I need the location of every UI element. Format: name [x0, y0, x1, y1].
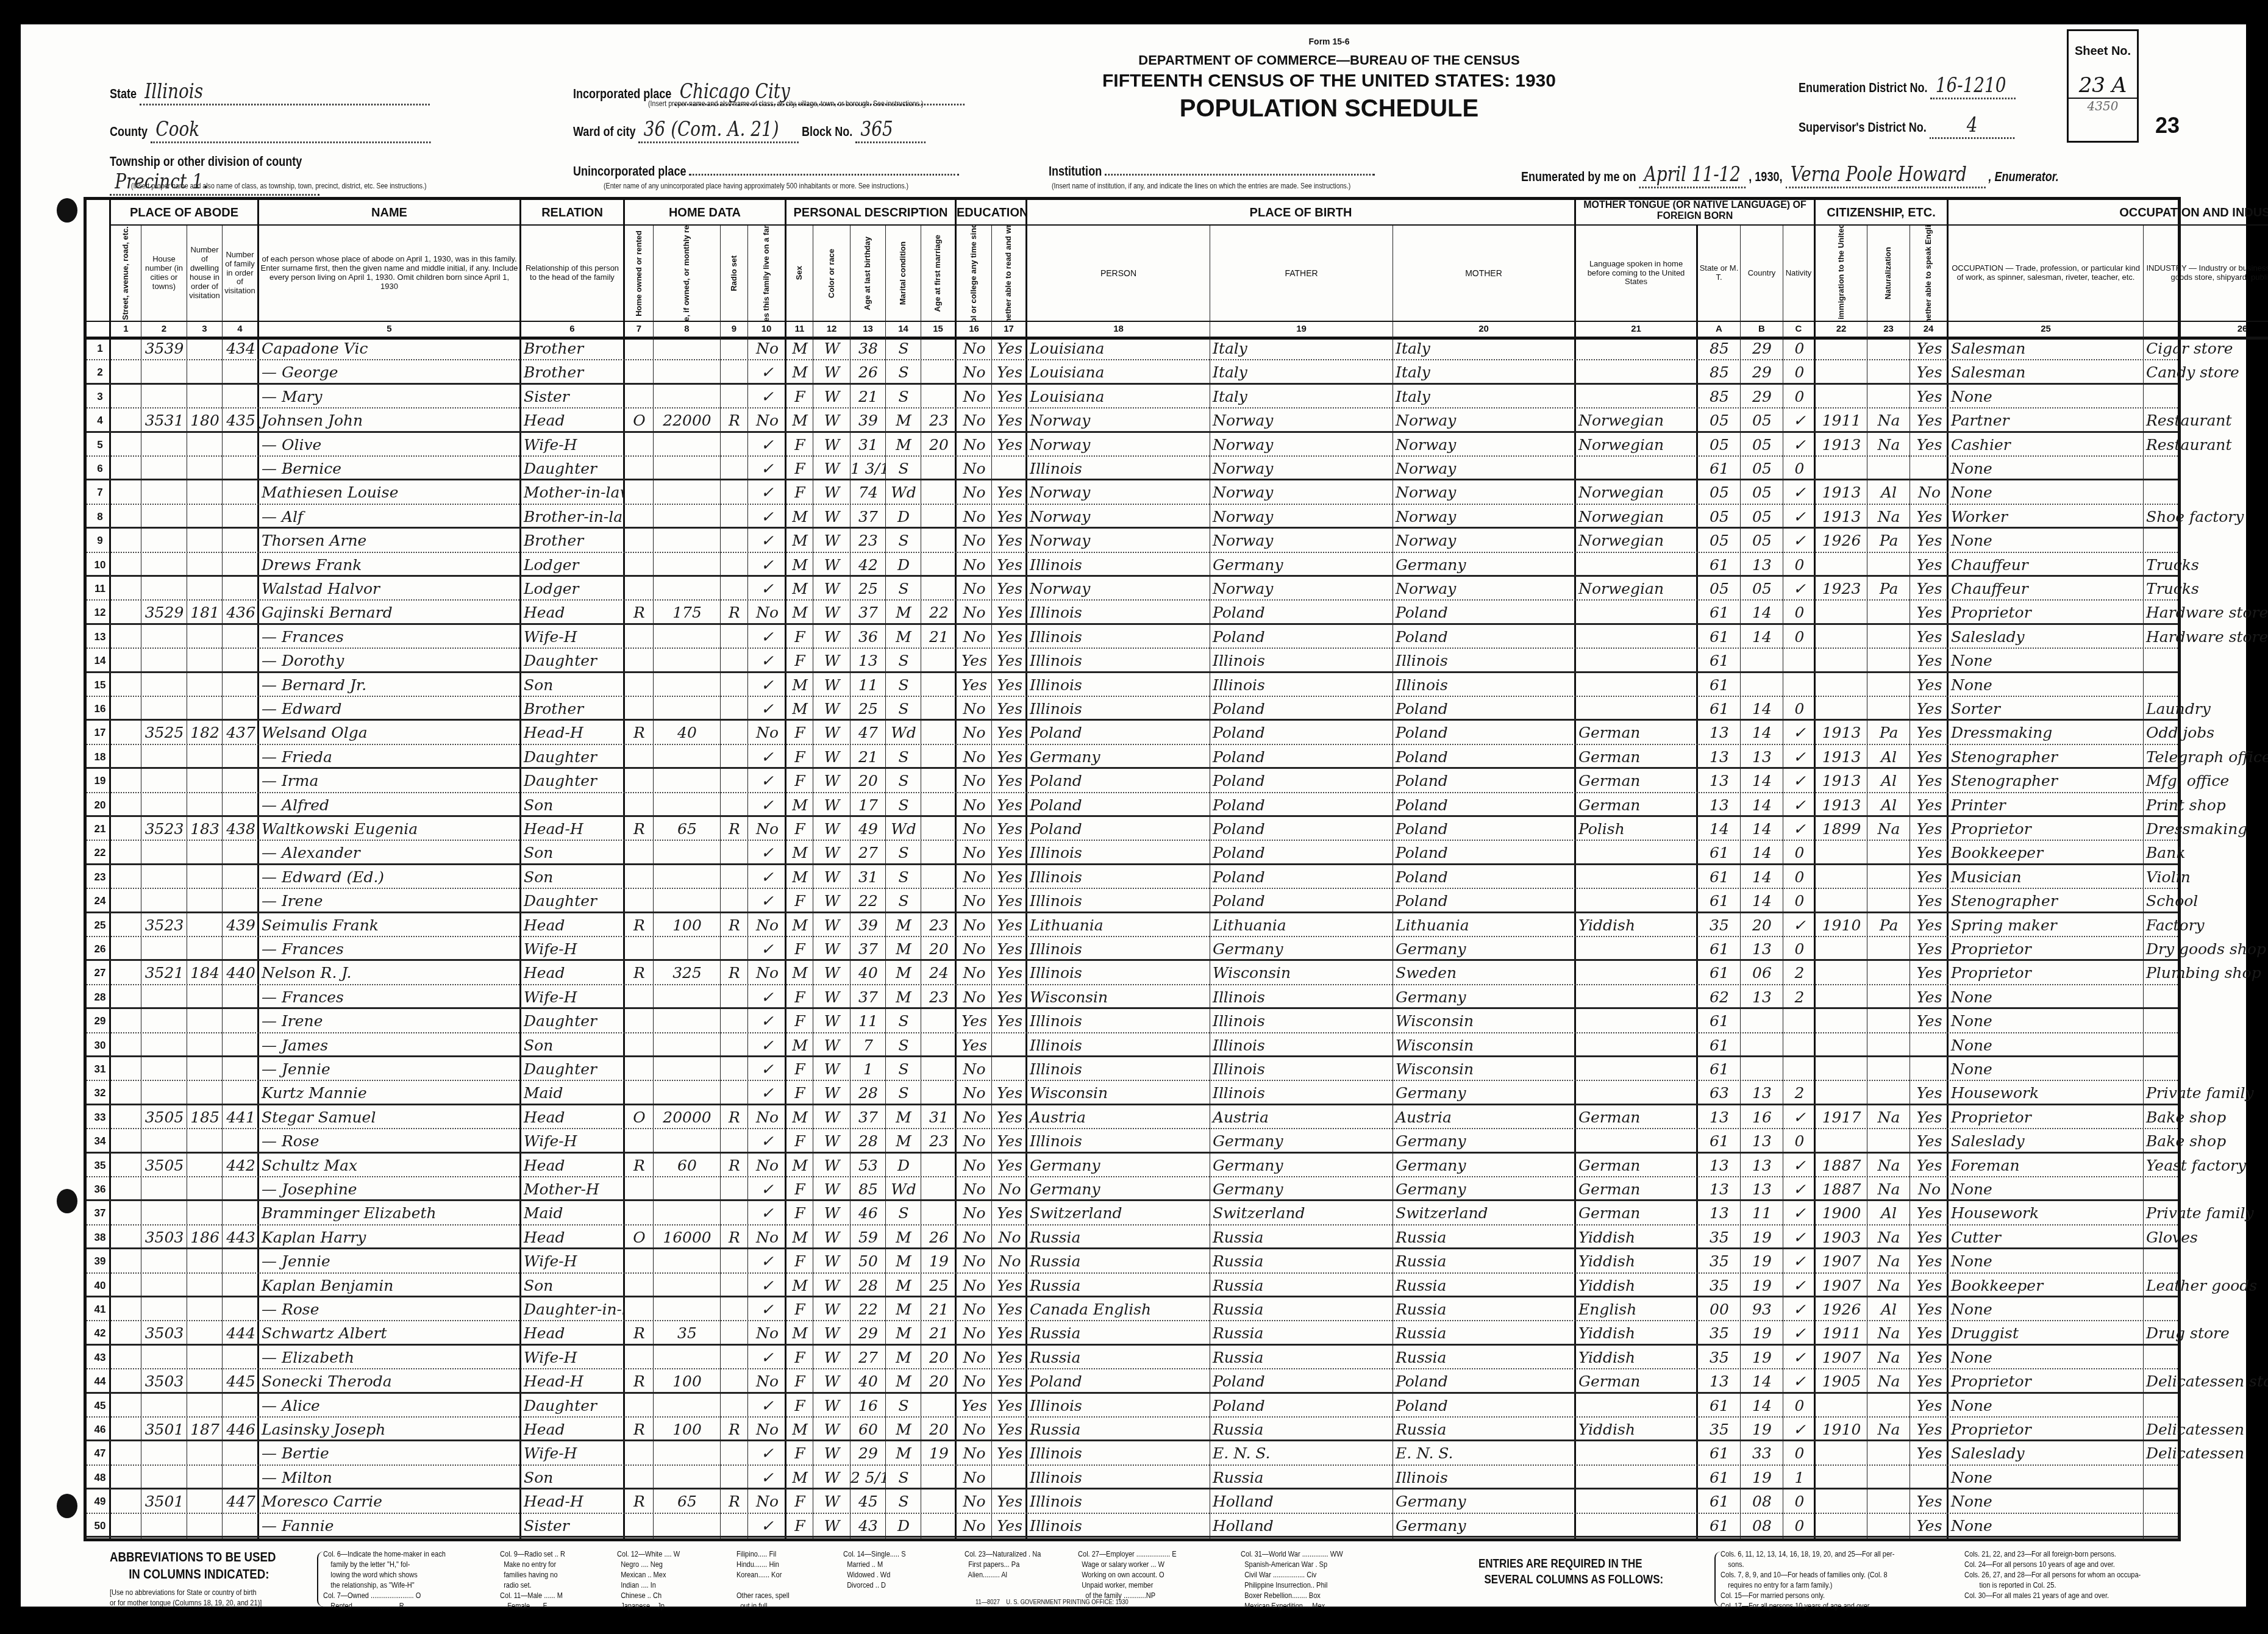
table-cell[interactable]: Head [521, 1105, 625, 1129]
table-cell[interactable] [1816, 1466, 1867, 1490]
table-cell[interactable] [223, 1297, 259, 1321]
table-cell[interactable] [141, 577, 187, 601]
table-cell[interactable] [1576, 673, 1698, 697]
table-cell[interactable]: Yes [1910, 865, 1949, 889]
table-cell[interactable]: 1913 [1816, 433, 1867, 457]
table-cell[interactable] [921, 1057, 957, 1081]
table-cell[interactable]: ✓ [1783, 793, 1816, 817]
table-cell[interactable]: 29 [1741, 360, 1783, 384]
table-cell[interactable] [625, 1081, 654, 1105]
table-cell[interactable] [111, 433, 141, 457]
table-cell[interactable]: German [1576, 1105, 1698, 1129]
table-cell[interactable]: F [786, 1129, 813, 1153]
table-cell[interactable]: ✓ [1783, 480, 1816, 504]
table-cell[interactable] [921, 337, 957, 360]
table-cell[interactable]: 182 [187, 721, 223, 744]
table-cell[interactable]: Russia [1393, 1274, 1576, 1297]
table-cell[interactable]: 13 [1741, 937, 1783, 961]
table-cell[interactable]: No [957, 1249, 992, 1273]
table-cell[interactable]: 19 [1741, 1274, 1783, 1297]
table-cell[interactable]: No [957, 553, 992, 577]
table-cell[interactable]: Germany [1210, 1129, 1393, 1153]
table-cell[interactable] [625, 697, 654, 721]
table-cell[interactable]: 61 [1698, 1514, 1741, 1538]
table-cell[interactable]: 05 [1698, 577, 1741, 601]
table-cell[interactable]: No [957, 1466, 992, 1490]
table-cell[interactable]: Head [521, 408, 625, 432]
table-cell[interactable]: Italy [1393, 360, 1576, 384]
table-cell[interactable]: Yes [957, 1394, 992, 1418]
table-cell[interactable] [1867, 337, 1910, 360]
table-cell[interactable]: S [886, 673, 921, 697]
table-cell[interactable]: M [786, 697, 813, 721]
table-cell[interactable] [187, 673, 223, 697]
table-cell[interactable]: Wife-H [521, 1249, 625, 1273]
table-cell[interactable] [1816, 697, 1867, 721]
table-cell[interactable]: Na [1867, 505, 1910, 529]
table-cell[interactable]: No [957, 1057, 992, 1081]
table-cell[interactable]: 27 [850, 1346, 886, 1369]
table-cell[interactable]: D [886, 1154, 921, 1177]
table-cell[interactable]: Salesman [1949, 360, 2144, 384]
table-cell[interactable]: — Rose [259, 1297, 521, 1321]
table-cell[interactable] [187, 889, 223, 913]
table-cell[interactable]: Yes [992, 745, 1027, 769]
table-cell[interactable]: 19 [1741, 1249, 1783, 1273]
table-cell[interactable]: W [813, 793, 850, 817]
table-cell[interactable]: Housework [1949, 1201, 2144, 1225]
table-cell[interactable]: No [957, 1201, 992, 1225]
table-cell[interactable] [141, 1274, 187, 1297]
table-cell[interactable]: Yes [1910, 1441, 1949, 1465]
table-cell[interactable]: E. N. S. [1210, 1441, 1393, 1465]
table-cell[interactable]: F [786, 985, 813, 1009]
table-cell[interactable] [141, 553, 187, 577]
table-cell[interactable]: M [886, 913, 921, 937]
table-cell[interactable] [921, 697, 957, 721]
table-cell[interactable]: 14 [1741, 721, 1783, 744]
table-cell[interactable]: R [721, 601, 748, 624]
table-cell[interactable]: Norwegian [1576, 505, 1698, 529]
table-cell[interactable]: Wife-H [521, 1346, 625, 1369]
table-cell[interactable]: 60 [850, 1418, 886, 1441]
table-cell[interactable]: Na [1867, 1177, 1910, 1201]
table-cell[interactable]: ✓ [748, 433, 786, 457]
table-cell[interactable] [223, 1274, 259, 1297]
table-cell[interactable]: No [748, 1369, 786, 1393]
table-cell[interactable]: 21 [921, 1321, 957, 1345]
table-cell[interactable]: Sister [521, 385, 625, 408]
table-cell[interactable]: Illinois [1210, 1081, 1393, 1105]
table-cell[interactable] [187, 1009, 223, 1033]
table-cell[interactable] [1910, 457, 1949, 480]
table-cell[interactable]: M [786, 337, 813, 360]
table-cell[interactable]: Bookkeeper [1949, 1274, 2144, 1297]
table-cell[interactable]: Poland [1210, 865, 1393, 889]
table-cell[interactable]: Norwegian [1576, 408, 1698, 432]
table-cell[interactable] [721, 1321, 748, 1345]
table-cell[interactable]: German [1576, 1177, 1698, 1201]
table-cell[interactable]: Yes [1910, 1297, 1949, 1321]
table-cell[interactable]: 20 [921, 433, 957, 457]
table-cell[interactable]: 3505 [141, 1105, 187, 1129]
table-cell[interactable]: Moresco Carrie [259, 1490, 521, 1513]
table-cell[interactable]: Germany [1393, 1154, 1576, 1177]
table-cell[interactable]: S [886, 337, 921, 360]
table-cell[interactable]: Yes [992, 1514, 1027, 1538]
table-cell[interactable]: O [625, 1225, 654, 1249]
table-cell[interactable] [921, 1201, 957, 1225]
table-cell[interactable]: — Irene [259, 1009, 521, 1033]
table-cell[interactable] [1816, 1441, 1867, 1465]
table-cell[interactable] [187, 985, 223, 1009]
table-cell[interactable]: 23 [921, 985, 957, 1009]
table-cell[interactable] [223, 1249, 259, 1273]
table-cell[interactable] [721, 1033, 748, 1057]
table-cell[interactable]: No [957, 1177, 992, 1201]
table-cell[interactable]: 40 [654, 721, 721, 744]
table-cell[interactable] [654, 577, 721, 601]
table-cell[interactable] [1867, 1466, 1910, 1490]
table-cell[interactable] [111, 337, 141, 360]
table-cell[interactable] [223, 673, 259, 697]
table-cell[interactable] [625, 745, 654, 769]
table-cell[interactable]: Bank [2144, 841, 2268, 865]
table-cell[interactable]: Yes [957, 673, 992, 697]
table-cell[interactable]: Yes [1910, 1274, 1949, 1297]
table-cell[interactable]: No [957, 408, 992, 432]
table-cell[interactable]: 20 [921, 1418, 957, 1441]
table-cell[interactable]: No [957, 889, 992, 913]
table-cell[interactable] [654, 697, 721, 721]
table-cell[interactable]: ✓ [748, 385, 786, 408]
table-cell[interactable]: Poland [1210, 817, 1393, 841]
table-cell[interactable]: Shoe factory [2144, 505, 2268, 529]
table-cell[interactable]: Norway [1027, 433, 1210, 457]
table-cell[interactable]: W [813, 961, 850, 985]
table-cell[interactable]: Yes [992, 1394, 1027, 1418]
table-cell[interactable]: Chauffeur [1949, 577, 2144, 601]
table-cell[interactable] [654, 480, 721, 504]
table-cell[interactable]: Poland [1027, 817, 1210, 841]
table-cell[interactable] [111, 385, 141, 408]
table-cell[interactable]: 1926 [1816, 1297, 1867, 1321]
table-cell[interactable]: 05 [1698, 408, 1741, 432]
table-cell[interactable]: M [786, 529, 813, 552]
table-cell[interactable] [721, 1249, 748, 1273]
table-cell[interactable] [721, 745, 748, 769]
table-cell[interactable]: Italy [1393, 385, 1576, 408]
table-cell[interactable]: S [886, 697, 921, 721]
table-cell[interactable]: Poland [1210, 841, 1393, 865]
table-cell[interactable]: 447 [223, 1490, 259, 1513]
table-cell[interactable]: Norway [1027, 480, 1210, 504]
table-cell[interactable]: Trucks [2144, 553, 2268, 577]
table-cell[interactable] [1816, 889, 1867, 913]
table-cell[interactable] [187, 385, 223, 408]
table-cell[interactable] [141, 1297, 187, 1321]
table-cell[interactable]: Poland [1027, 721, 1210, 744]
table-cell[interactable]: Son [521, 1033, 625, 1057]
table-cell[interactable]: Pa [1867, 577, 1910, 601]
table-cell[interactable]: Yes [1910, 1129, 1949, 1153]
table-cell[interactable]: Al [1867, 480, 1910, 504]
table-cell[interactable]: 61 [1698, 625, 1741, 649]
table-cell[interactable]: W [813, 1346, 850, 1369]
table-cell[interactable]: W [813, 1009, 850, 1033]
table-cell[interactable]: Russia [1210, 1466, 1393, 1490]
table-cell[interactable]: ✓ [748, 1129, 786, 1153]
table-cell[interactable]: Russia [1393, 1321, 1576, 1345]
table-cell[interactable] [1576, 985, 1698, 1009]
table-cell[interactable]: Sweden [1393, 961, 1576, 985]
table-cell[interactable]: ✓ [748, 625, 786, 649]
table-cell[interactable]: 13 [1741, 1177, 1783, 1201]
table-cell[interactable] [2144, 1057, 2268, 1081]
table-cell[interactable]: Germany [1210, 553, 1393, 577]
table-cell[interactable]: Poland [1393, 625, 1576, 649]
table-cell[interactable]: No [957, 865, 992, 889]
table-cell[interactable]: W [813, 1201, 850, 1225]
table-cell[interactable]: Proprietor [1949, 1369, 2144, 1393]
table-cell[interactable]: F [786, 721, 813, 744]
table-cell[interactable]: Norway [1393, 433, 1576, 457]
table-cell[interactable]: Illinois [1210, 1033, 1393, 1057]
table-cell[interactable] [1867, 360, 1910, 384]
table-cell[interactable]: No [957, 1225, 992, 1249]
table-cell[interactable]: No [957, 1514, 992, 1538]
table-cell[interactable]: Wife-H [521, 937, 625, 961]
table-cell[interactable]: Illinois [1027, 1009, 1210, 1033]
table-cell[interactable] [625, 1274, 654, 1297]
table-cell[interactable]: Yes [1910, 889, 1949, 913]
table-cell[interactable]: 435 [223, 408, 259, 432]
table-cell[interactable]: ✓ [1783, 577, 1816, 601]
table-cell[interactable]: Yes [992, 577, 1027, 601]
table-cell[interactable]: 20 [921, 937, 957, 961]
table-cell[interactable]: Lasinsky Joseph [259, 1418, 521, 1441]
table-cell[interactable] [654, 1057, 721, 1081]
table-cell[interactable] [1867, 1441, 1910, 1465]
table-cell[interactable]: No [957, 1369, 992, 1393]
table-cell[interactable] [223, 1177, 259, 1201]
table-cell[interactable]: M [786, 505, 813, 529]
table-cell[interactable]: S [886, 769, 921, 793]
table-cell[interactable] [721, 1009, 748, 1033]
table-cell[interactable]: Lithuania [1027, 913, 1210, 937]
table-cell[interactable] [1576, 553, 1698, 577]
table-cell[interactable]: 00 [1698, 1297, 1741, 1321]
table-cell[interactable]: 14 [1741, 889, 1783, 913]
table-cell[interactable] [1816, 649, 1867, 673]
table-cell[interactable] [654, 553, 721, 577]
table-cell[interactable]: ✓ [748, 529, 786, 552]
table-cell[interactable]: M [786, 1105, 813, 1129]
table-cell[interactable]: 14 [1741, 1394, 1783, 1418]
table-cell[interactable]: 59 [850, 1225, 886, 1249]
table-cell[interactable]: Norwegian [1576, 529, 1698, 552]
table-cell[interactable]: 33 [1741, 1441, 1783, 1465]
table-cell[interactable]: Norway [1210, 480, 1393, 504]
table-cell[interactable] [921, 817, 957, 841]
table-cell[interactable] [111, 913, 141, 937]
table-cell[interactable]: Yes [992, 337, 1027, 360]
table-cell[interactable]: ✓ [748, 1466, 786, 1490]
table-cell[interactable] [1576, 1514, 1698, 1538]
table-cell[interactable]: Russia [1210, 1274, 1393, 1297]
table-cell[interactable]: Hardware store [2144, 625, 2268, 649]
table-cell[interactable]: M [786, 360, 813, 384]
table-cell[interactable]: Illinois [1027, 625, 1210, 649]
table-cell[interactable] [721, 985, 748, 1009]
table-cell[interactable]: No [957, 841, 992, 865]
table-cell[interactable]: Son [521, 1466, 625, 1490]
table-cell[interactable]: None [1949, 1297, 2144, 1321]
table-cell[interactable] [223, 697, 259, 721]
table-cell[interactable]: F [786, 769, 813, 793]
table-cell[interactable]: ✓ [748, 505, 786, 529]
table-cell[interactable] [625, 529, 654, 552]
table-cell[interactable]: 3503 [141, 1225, 187, 1249]
table-cell[interactable] [111, 1177, 141, 1201]
table-cell[interactable]: Head-H [521, 1490, 625, 1513]
table-cell[interactable]: Poland [1393, 841, 1576, 865]
table-cell[interactable]: F [786, 1057, 813, 1081]
table-cell[interactable]: Yes [992, 360, 1027, 384]
table-cell[interactable]: W [813, 480, 850, 504]
table-cell[interactable]: — Alice [259, 1394, 521, 1418]
table-cell[interactable] [223, 577, 259, 601]
ward-value[interactable]: 36 (Com. A. 21) [639, 117, 799, 143]
table-cell[interactable] [721, 1466, 748, 1490]
table-cell[interactable]: No [957, 601, 992, 624]
table-cell[interactable] [111, 1081, 141, 1105]
table-cell[interactable]: ✓ [748, 1297, 786, 1321]
table-cell[interactable] [721, 1297, 748, 1321]
table-cell[interactable]: W [813, 841, 850, 865]
table-cell[interactable] [1576, 1081, 1698, 1105]
table-cell[interactable]: Illinois [1027, 1514, 1210, 1538]
table-cell[interactable]: Na [1867, 1369, 1910, 1393]
table-cell[interactable]: W [813, 1394, 850, 1418]
table-cell[interactable] [141, 433, 187, 457]
table-cell[interactable]: W [813, 529, 850, 552]
table-cell[interactable]: No [748, 817, 786, 841]
table-cell[interactable] [625, 480, 654, 504]
table-cell[interactable]: Switzerland [1210, 1201, 1393, 1225]
table-cell[interactable]: Na [1867, 1321, 1910, 1345]
table-cell[interactable] [625, 673, 654, 697]
table-cell[interactable]: Delicatessen [2144, 1418, 2268, 1441]
table-cell[interactable]: Austria [1393, 1105, 1576, 1129]
table-cell[interactable]: Yes [992, 673, 1027, 697]
table-cell[interactable]: 0 [1783, 601, 1816, 624]
table-cell[interactable]: 3505 [141, 1154, 187, 1177]
table-cell[interactable] [1576, 601, 1698, 624]
table-cell[interactable]: Na [1867, 1225, 1910, 1249]
table-cell[interactable]: Druggist [1949, 1321, 2144, 1345]
table-cell[interactable]: R [721, 961, 748, 985]
table-cell[interactable]: Pa [1867, 529, 1910, 552]
table-cell[interactable]: S [886, 649, 921, 673]
table-cell[interactable]: Yes [1910, 1346, 1949, 1369]
table-cell[interactable] [625, 1514, 654, 1538]
table-cell[interactable] [721, 1514, 748, 1538]
table-cell[interactable] [187, 457, 223, 480]
table-cell[interactable]: No [957, 937, 992, 961]
table-cell[interactable]: Yes [1910, 433, 1949, 457]
table-cell[interactable] [921, 721, 957, 744]
table-cell[interactable]: Bake shop [2144, 1129, 2268, 1153]
table-cell[interactable] [1576, 1129, 1698, 1153]
table-cell[interactable] [111, 673, 141, 697]
table-cell[interactable]: Illinois [1027, 865, 1210, 889]
table-cell[interactable]: 14 [1741, 865, 1783, 889]
table-cell[interactable]: F [786, 1441, 813, 1465]
table-cell[interactable]: R [625, 817, 654, 841]
table-cell[interactable]: 186 [187, 1225, 223, 1249]
table-cell[interactable]: ✓ [748, 577, 786, 601]
table-cell[interactable]: 16 [850, 1394, 886, 1418]
table-cell[interactable]: ✓ [1783, 408, 1816, 432]
table-cell[interactable]: 442 [223, 1154, 259, 1177]
table-cell[interactable]: M [886, 625, 921, 649]
table-cell[interactable]: 38 [850, 337, 886, 360]
table-cell[interactable]: 23 [921, 1129, 957, 1153]
table-cell[interactable]: Wisconsin [1393, 1057, 1576, 1081]
table-cell[interactable]: 0 [1783, 889, 1816, 913]
table-cell[interactable]: Wife-H [521, 1129, 625, 1153]
table-cell[interactable] [141, 985, 187, 1009]
table-cell[interactable]: 3523 [141, 817, 187, 841]
table-cell[interactable]: — George [259, 360, 521, 384]
table-cell[interactable] [1867, 1514, 1910, 1538]
table-cell[interactable]: 29 [850, 1321, 886, 1345]
table-cell[interactable] [223, 841, 259, 865]
table-cell[interactable]: F [786, 1201, 813, 1225]
table-cell[interactable]: Yes [1910, 697, 1949, 721]
table-cell[interactable]: M [886, 1297, 921, 1321]
table-cell[interactable]: 13 [1741, 553, 1783, 577]
table-cell[interactable] [1867, 889, 1910, 913]
table-cell[interactable]: — Jennie [259, 1057, 521, 1081]
table-cell[interactable]: Switzerland [1027, 1201, 1210, 1225]
table-cell[interactable] [1576, 697, 1698, 721]
table-cell[interactable] [654, 889, 721, 913]
table-cell[interactable]: Son [521, 673, 625, 697]
table-cell[interactable]: None [1949, 1009, 2144, 1033]
table-cell[interactable]: 13 [1698, 1369, 1741, 1393]
table-cell[interactable]: W [813, 1177, 850, 1201]
table-cell[interactable] [141, 480, 187, 504]
table-cell[interactable]: No [748, 1154, 786, 1177]
table-cell[interactable] [625, 769, 654, 793]
table-cell[interactable] [1576, 1441, 1698, 1465]
table-cell[interactable]: ✓ [1783, 913, 1816, 937]
table-cell[interactable]: R [721, 1490, 748, 1513]
table-cell[interactable] [141, 937, 187, 961]
table-cell[interactable]: No [748, 913, 786, 937]
table-cell[interactable]: Walstad Halvor [259, 577, 521, 601]
table-cell[interactable]: M [886, 1418, 921, 1441]
table-cell[interactable] [654, 793, 721, 817]
table-cell[interactable]: 3525 [141, 721, 187, 744]
table-cell[interactable]: F [786, 649, 813, 673]
table-cell[interactable] [223, 769, 259, 793]
table-cell[interactable]: Illinois [1027, 649, 1210, 673]
table-cell[interactable] [187, 480, 223, 504]
table-cell[interactable]: Chauffeur [1949, 553, 2144, 577]
